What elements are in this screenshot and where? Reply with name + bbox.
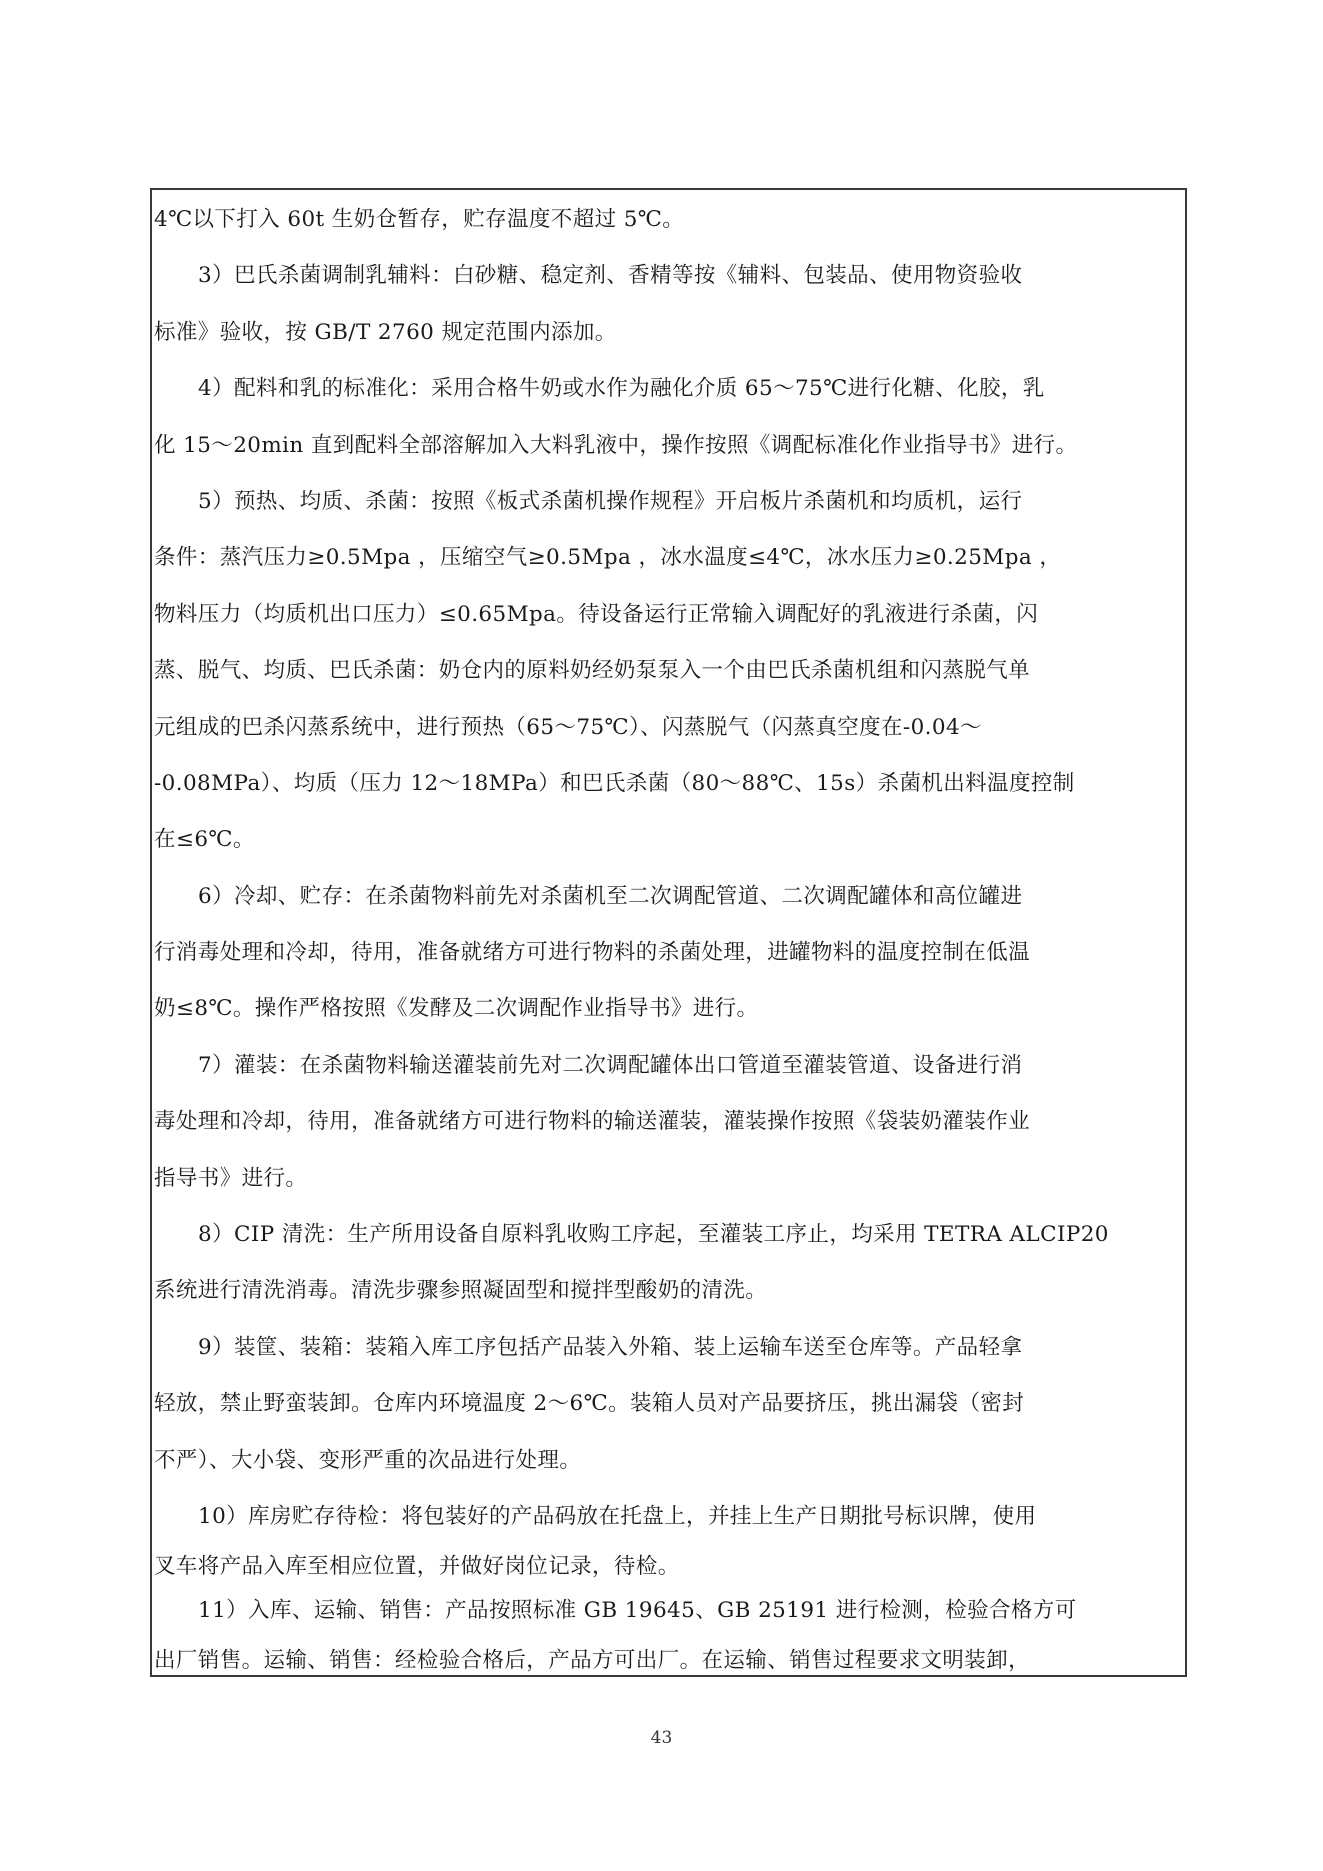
page-number: 43 — [0, 1728, 1323, 1748]
text-line: 系统进行清洗消毒。清洗步骤参照凝固型和搅拌型酸奶的清洗。 — [152, 1263, 1182, 1319]
text-line: 8）CIP 清洗：生产所用设备自原料乳收购工序起，至灌装工序止，均采用 TETR… — [152, 1207, 1182, 1263]
text-line: 6）冷却、贮存：在杀菌物料前先对杀菌机至二次调配管道、二次调配罐体和高位罐进 — [152, 869, 1182, 925]
text-line: 轻放，禁止野蛮装卸。仓库内环境温度 2～6℃。装箱人员对产品要挤压，挑出漏袋（密… — [152, 1376, 1182, 1432]
text-line: 出厂销售。运输、销售：经检验合格后，产品方可出厂。在运输、销售过程要求文明装卸， — [152, 1633, 1182, 1689]
text-line: 在≤6℃。 — [152, 812, 1182, 868]
text-line: 不严）、大小袋、变形严重的次品进行处理。 — [152, 1433, 1182, 1489]
text-line: 指导书》进行。 — [152, 1151, 1182, 1207]
text-line: 化 15～20min 直到配料全部溶解加入大料乳液中，操作按照《调配标准化作业指… — [152, 418, 1182, 474]
text-line: 7）灌装：在杀菌物料输送灌装前先对二次调配罐体出口管道至灌装管道、设备进行消 — [152, 1038, 1182, 1094]
text-line: 9）装筐、装箱：装箱入库工序包括产品装入外箱、装上运输车送至仓库等。产品轻拿 — [152, 1320, 1182, 1376]
text-line: 物料压力（均质机出口压力）≤0.65Mpa。待设备运行正常输入调配好的乳液进行杀… — [152, 587, 1182, 643]
text-line: 4℃以下打入 60t 生奶仓暂存，贮存温度不超过 5℃。 — [152, 192, 1182, 248]
text-line: 10）库房贮存待检：将包装好的产品码放在托盘上，并挂上生产日期批号标识牌，使用 — [152, 1489, 1182, 1545]
text-line: 条件：蒸汽压力≥0.5Mpa ，压缩空气≥0.5Mpa ，冰水温度≤4℃，冰水压… — [152, 530, 1182, 586]
text-line: 叉车将产品入库至相应位置，并做好岗位记录，待检。 — [152, 1545, 1182, 1589]
text-line: -0.08MPa）、均质（压力 12～18MPa）和巴氏杀菌（80～88℃、15… — [152, 756, 1182, 812]
text-line: 4）配料和乳的标准化：采用合格牛奶或水作为融化介质 65～75℃进行化糖、化胶，… — [152, 361, 1182, 417]
text-line: 蒸、脱气、均质、巴氏杀菌：奶仓内的原料奶经奶泵泵入一个由巴氏杀菌机组和闪蒸脱气单 — [152, 643, 1182, 699]
text-line: 3）巴氏杀菌调制乳辅料：白砂糖、稳定剂、香精等按《辅料、包装品、使用物资验收 — [152, 248, 1182, 304]
text-line: 11）入库、运输、销售：产品按照标准 GB 19645、GB 25191 进行检… — [152, 1589, 1182, 1633]
text-line: 标准》验收，按 GB/T 2760 规定范围内添加。 — [152, 305, 1182, 361]
text-line: 毒处理和冷却，待用，准备就绪方可进行物料的输送灌装，灌装操作按照《袋装奶灌装作业 — [152, 1094, 1182, 1150]
document-body: 4℃以下打入 60t 生奶仓暂存，贮存温度不超过 5℃。 3）巴氏杀菌调制乳辅料… — [152, 192, 1182, 1690]
text-line: 行消毒处理和冷却，待用，准备就绪方可进行物料的杀菌处理，进罐物料的温度控制在低温 — [152, 925, 1182, 981]
text-line: 元组成的巴杀闪蒸系统中，进行预热（65～75℃）、闪蒸脱气（闪蒸真空度在-0.0… — [152, 700, 1182, 756]
text-line: 5）预热、均质、杀菌：按照《板式杀菌机操作规程》开启板片杀菌机和均质机，运行 — [152, 474, 1182, 530]
text-line: 奶≤8℃。操作严格按照《发酵及二次调配作业指导书》进行。 — [152, 981, 1182, 1037]
